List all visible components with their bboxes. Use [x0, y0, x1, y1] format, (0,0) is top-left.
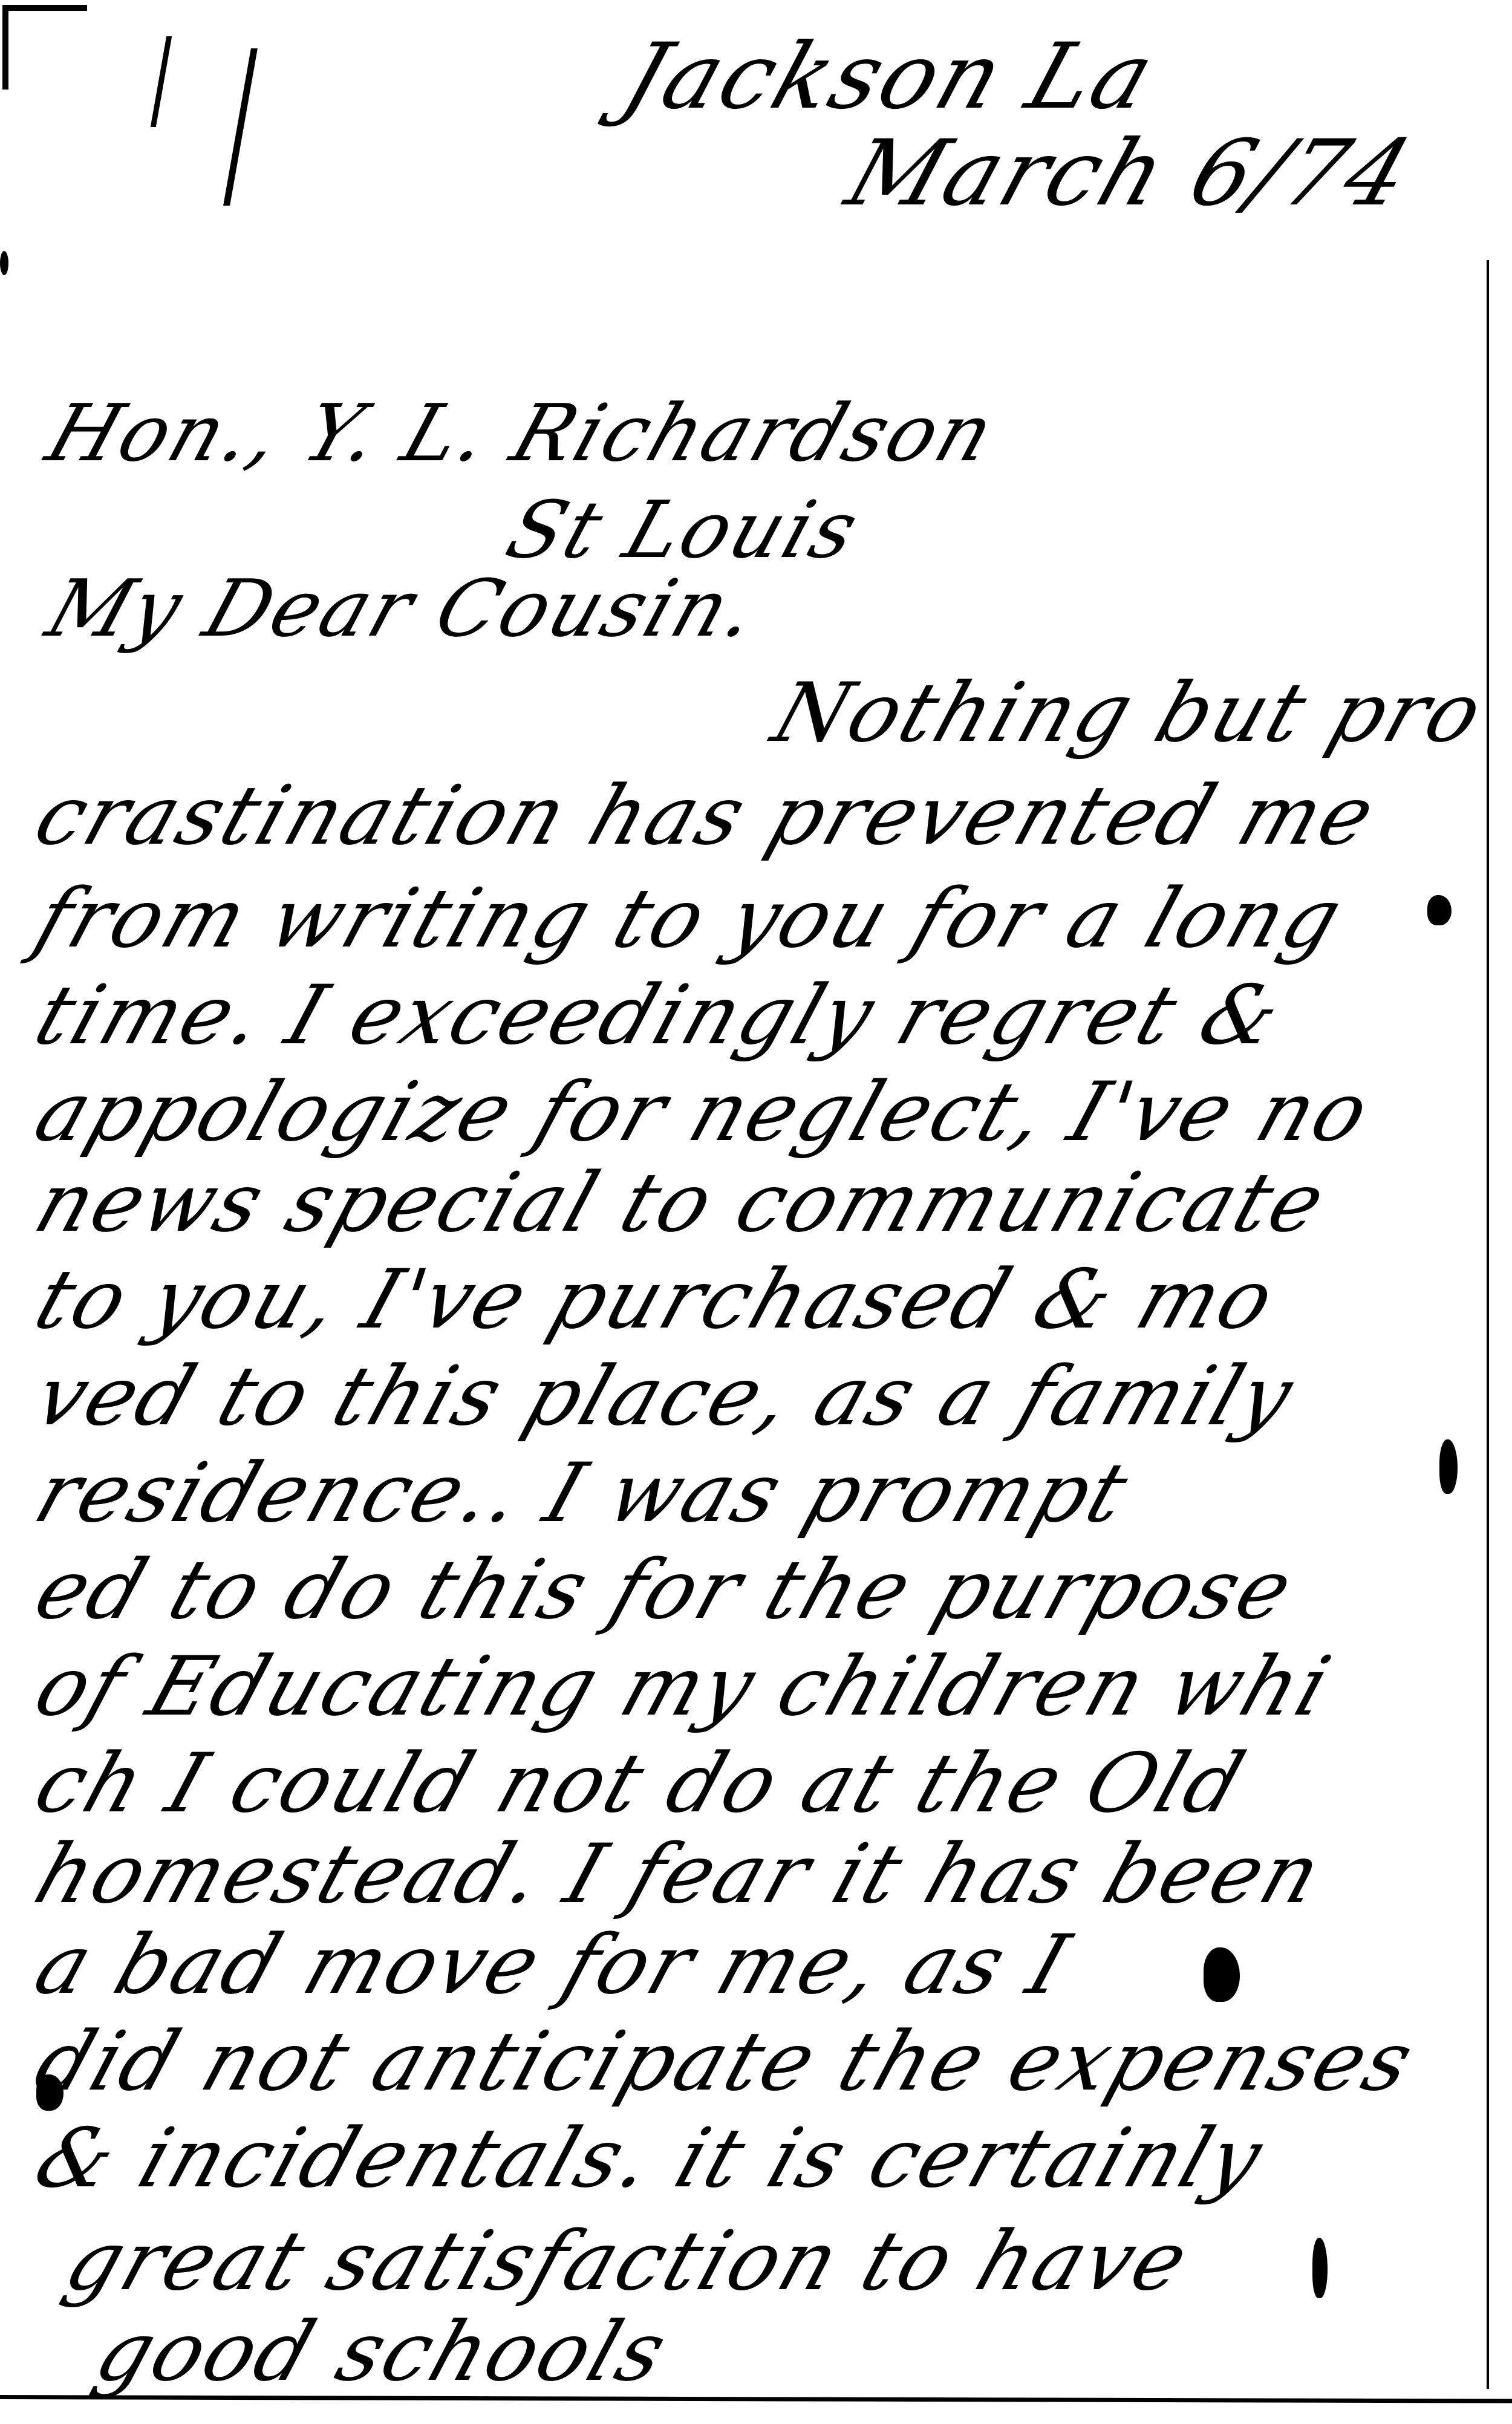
body-line: ed to do this for the purpose: [24, 1542, 1306, 1637]
scan-artifact: [151, 36, 172, 127]
scan-edge-top: [2, 5, 87, 18]
body-line: did not anticipate the expenses: [24, 2014, 1427, 2109]
body-line: news special to communicate: [24, 1155, 1338, 1250]
body-line: to you, I've purchased & mo: [24, 1252, 1288, 1347]
body-line: homestead. I fear it has been: [24, 1826, 1334, 1921]
ink-blot: [1427, 895, 1452, 925]
scan-artifact: [223, 48, 258, 206]
body-line: ch I could not do at the Old: [24, 1736, 1257, 1831]
ink-blot: [1204, 1947, 1240, 2002]
body-line: ved to this place, as a family: [24, 1349, 1306, 1444]
scan-edge-left: [2, 5, 8, 90]
body-line: & incidentals. it is certainly: [24, 2111, 1276, 2206]
body-line: from writing to you for a long: [24, 871, 1355, 966]
body-line: good schools: [85, 2304, 680, 2399]
body-line: residence.. I was prompt: [24, 1445, 1141, 1540]
body-line: a bad move for me, as I: [24, 1917, 1082, 2012]
ink-blot: [1312, 2238, 1328, 2298]
letter-date: March 6/74: [835, 121, 1425, 226]
ink-blot: [36, 2074, 64, 2111]
body-line: Nothing but pro: [762, 665, 1496, 760]
ink-blot: [1439, 1439, 1458, 1494]
letter-page: Jackson La March 6/74 Hon., Y. L. Richar…: [0, 0, 1512, 2424]
recipient-name: Hon., Y. L. Richardson: [36, 387, 1007, 479]
page-right-border: [1487, 260, 1489, 2389]
letter-place: Jackson La: [611, 24, 1168, 129]
body-line: great satisfaction to have: [54, 2214, 1202, 2308]
body-line: time. I exceedingly regret &: [24, 968, 1294, 1063]
body-line: of Educating my children whi: [24, 1639, 1343, 1734]
body-line: crastination has prevented me: [24, 768, 1388, 863]
scan-artifact: [0, 251, 8, 275]
salutation: My Dear Cousin.: [36, 562, 771, 654]
body-line: appologize for neglect, I've no: [24, 1064, 1383, 1159]
